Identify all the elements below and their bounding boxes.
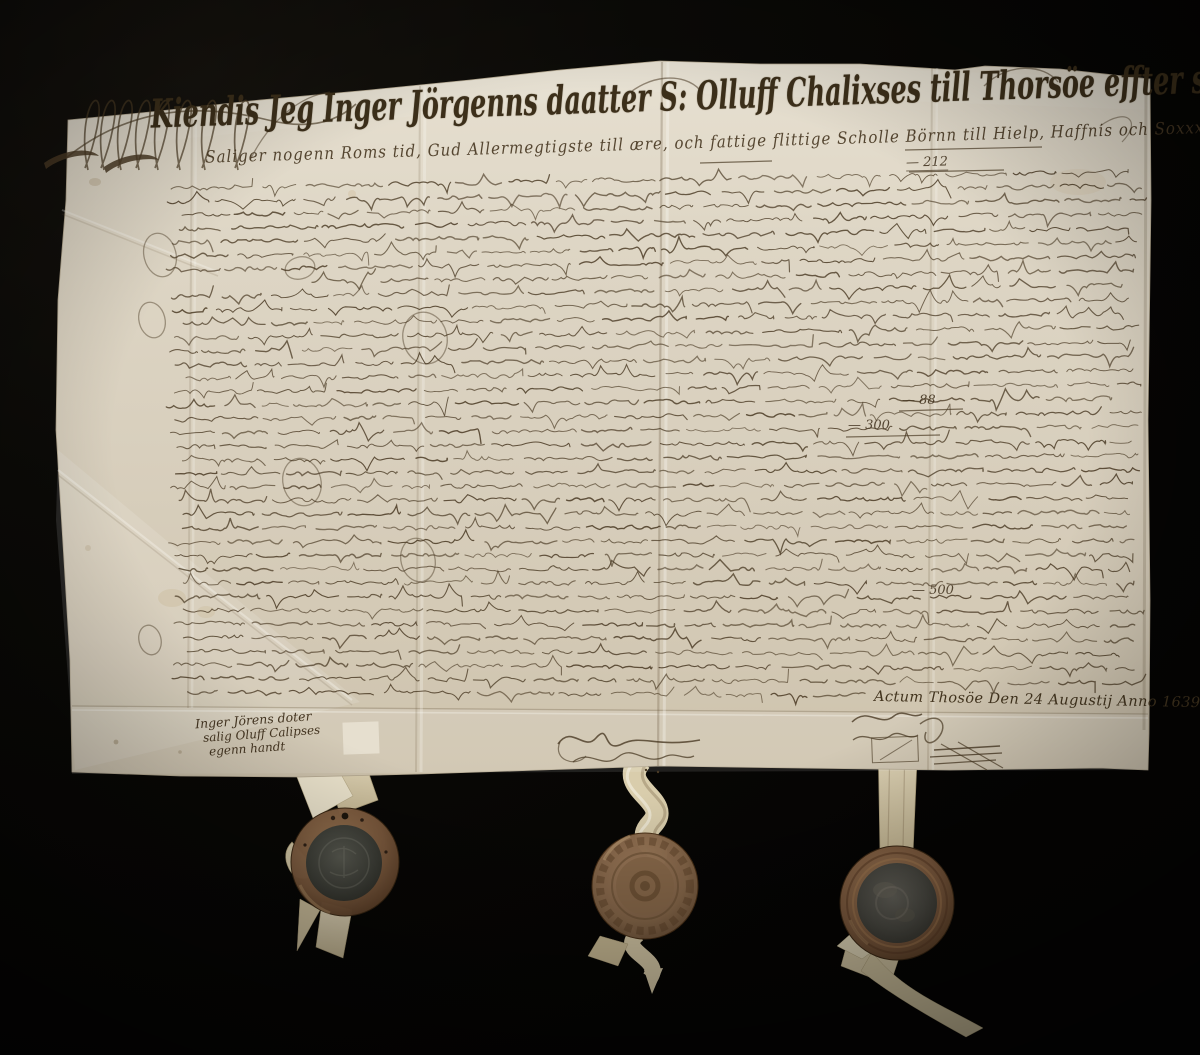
pale-patch-square (342, 721, 379, 754)
right-seal (840, 846, 954, 960)
photograph-of-parchment-charter: Kiendis Jeg Inger Jörgenns daatter S: Ol… (0, 0, 1200, 1055)
middle-seal (592, 833, 698, 939)
parchment-sheet (56, 61, 1151, 777)
left-seal (291, 808, 399, 916)
pendant-seals (286, 737, 983, 1037)
charter-scene (0, 0, 1200, 1055)
